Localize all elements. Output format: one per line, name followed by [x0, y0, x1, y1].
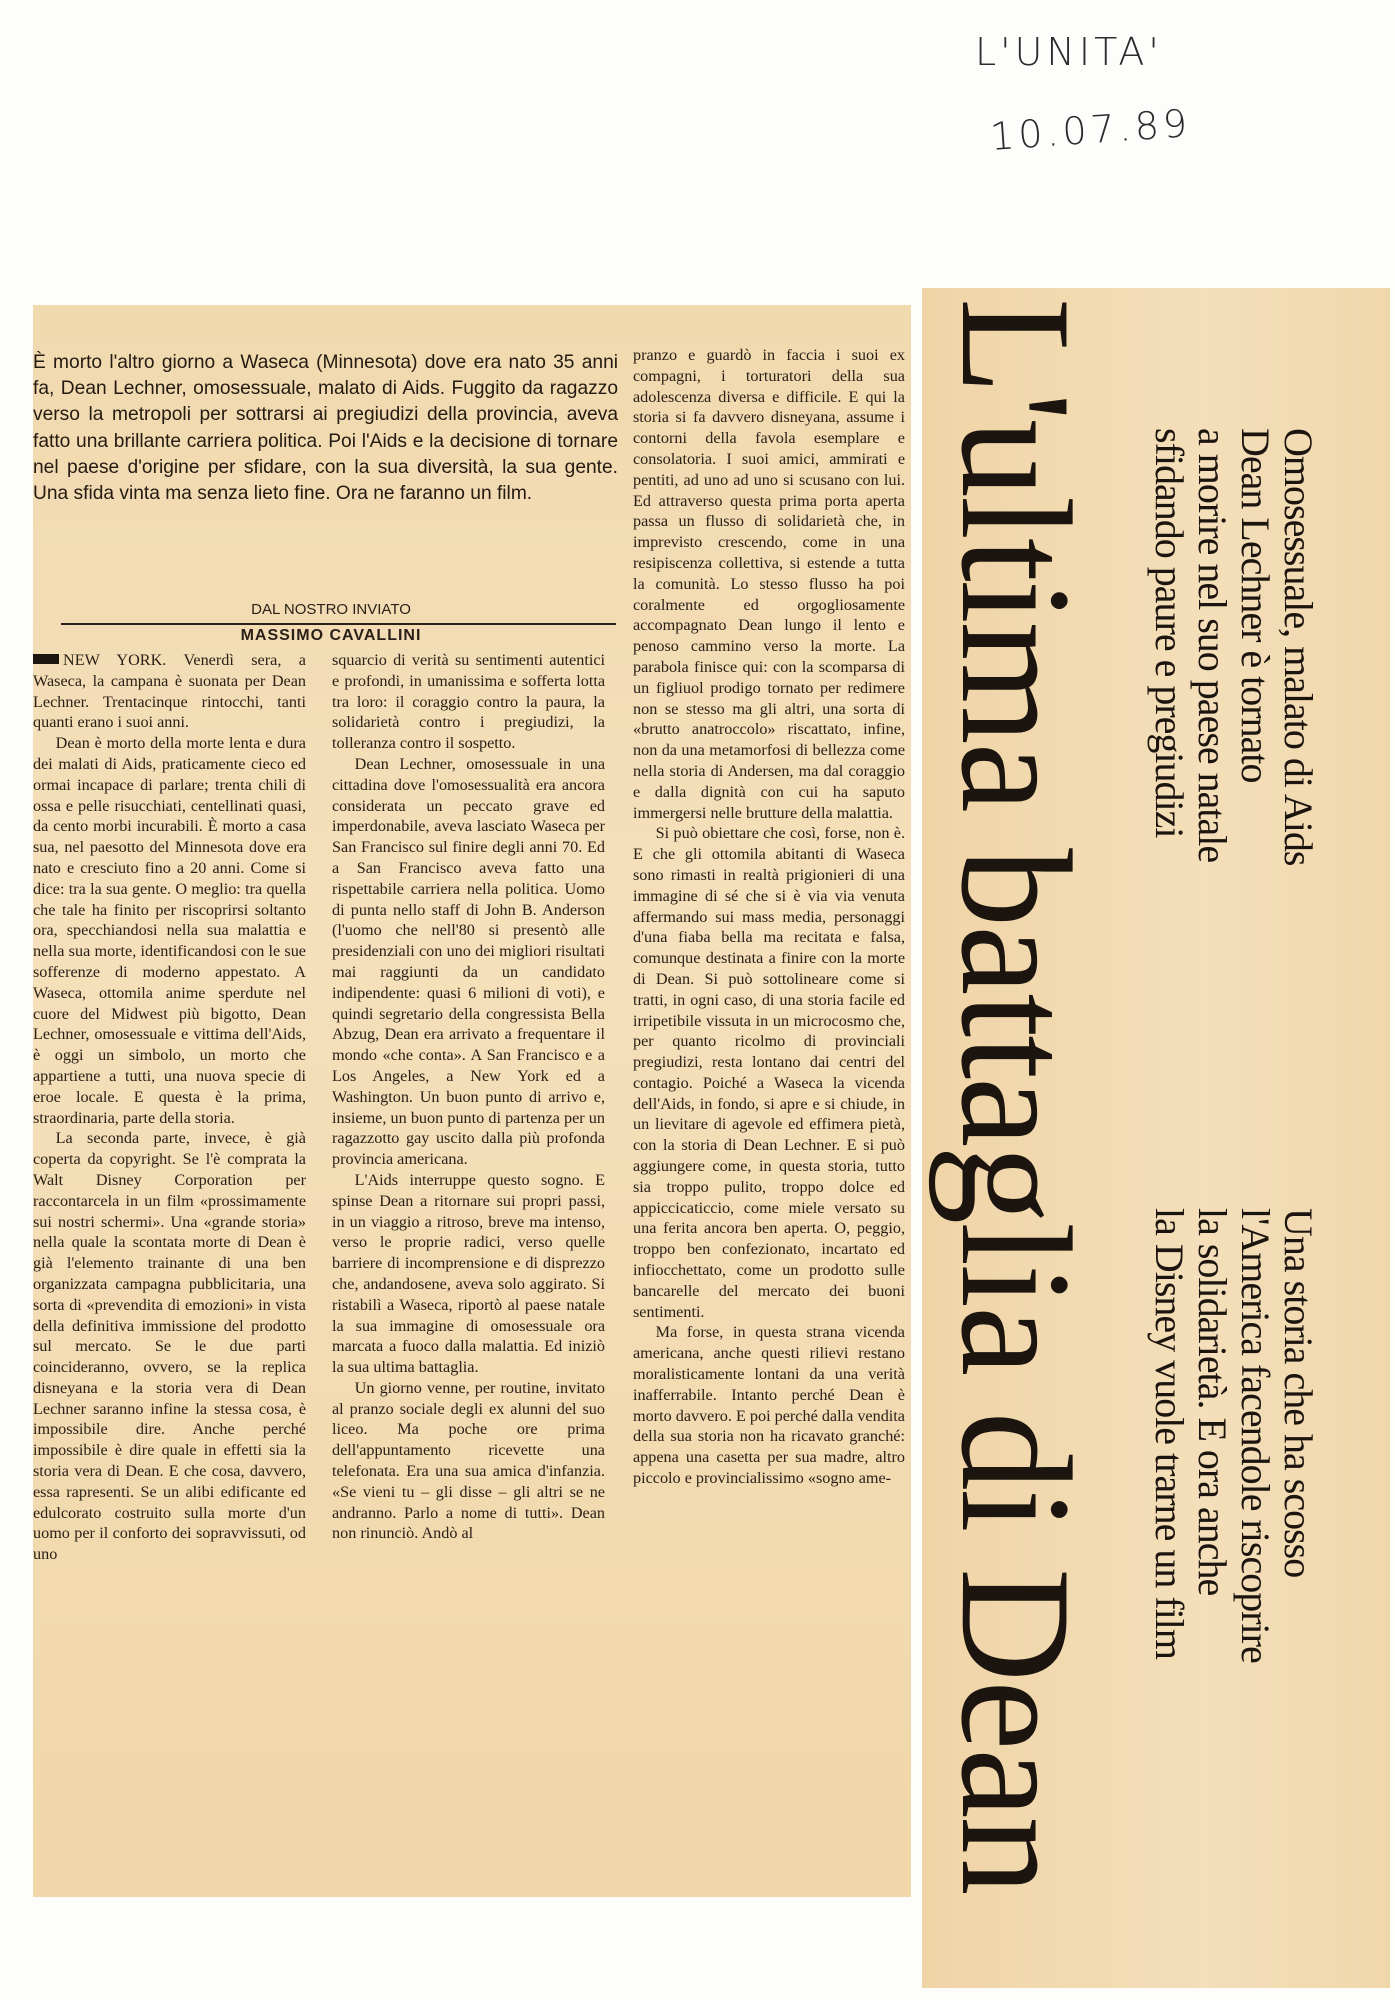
- byline-divider: [61, 623, 616, 625]
- article-paragraph: NEW YORK. Venerdì sera, a Waseca, la cam…: [33, 650, 306, 733]
- dateline: NEW YORK.: [63, 651, 166, 669]
- article-paragraph: pranzo e guardò in faccia i suoi ex comp…: [633, 345, 905, 823]
- handwritten-source-note: L'UNITA': [975, 30, 1163, 74]
- article-lede: È morto l'altro giorno a Waseca (Minneso…: [33, 350, 618, 507]
- subheadline-left: Omosessuale, malato di Aids Dean Lechner…: [1148, 428, 1320, 865]
- headline: L'ultima battaglia di Dean: [940, 298, 1090, 1893]
- article-paragraph: Un giorno venne, per routine, invitato a…: [332, 1378, 605, 1544]
- byline-author: MASSIMO CAVALLINI: [61, 627, 601, 645]
- article-column-2: squarcio di verità su sentimenti autenti…: [332, 650, 605, 1544]
- article-paragraph: squarcio di verità su sentimenti autenti…: [332, 650, 605, 754]
- newspaper-clipping-headline-strip: Omosessuale, malato di Aids Dean Lechner…: [922, 288, 1390, 1988]
- article-paragraph: Dean Lechner, omosessuale in una cittadi…: [332, 754, 605, 1170]
- article-paragraph: Dean è morto della morte lenta e dura de…: [33, 733, 306, 1128]
- handwritten-date-note: 10.07.89: [989, 101, 1193, 159]
- newspaper-clipping-body: È morto l'altro giorno a Waseca (Minneso…: [33, 305, 911, 1897]
- article-paragraph: La seconda parte, invece, è già coperta …: [33, 1128, 306, 1565]
- subheadline-right: Una storia che ha scosso l'America facen…: [1148, 1208, 1320, 1663]
- byline-prefix: DAL NOSTRO INVIATO: [61, 601, 601, 618]
- article-paragraph: Si può obiettare che così, forse, non è.…: [633, 823, 905, 1322]
- article-paragraph: Ma forse, in questa strana vicenda ameri…: [633, 1322, 905, 1488]
- article-column-1: NEW YORK. Venerdì sera, a Waseca, la cam…: [33, 650, 306, 1565]
- dateline-bullet-icon: [33, 654, 59, 664]
- article-paragraph: L'Aids interruppe questo sogno. E spinse…: [332, 1170, 605, 1378]
- rotated-headline-block: Omosessuale, malato di Aids Dean Lechner…: [922, 288, 1390, 1988]
- article-column-3: pranzo e guardò in faccia i suoi ex comp…: [633, 345, 905, 1489]
